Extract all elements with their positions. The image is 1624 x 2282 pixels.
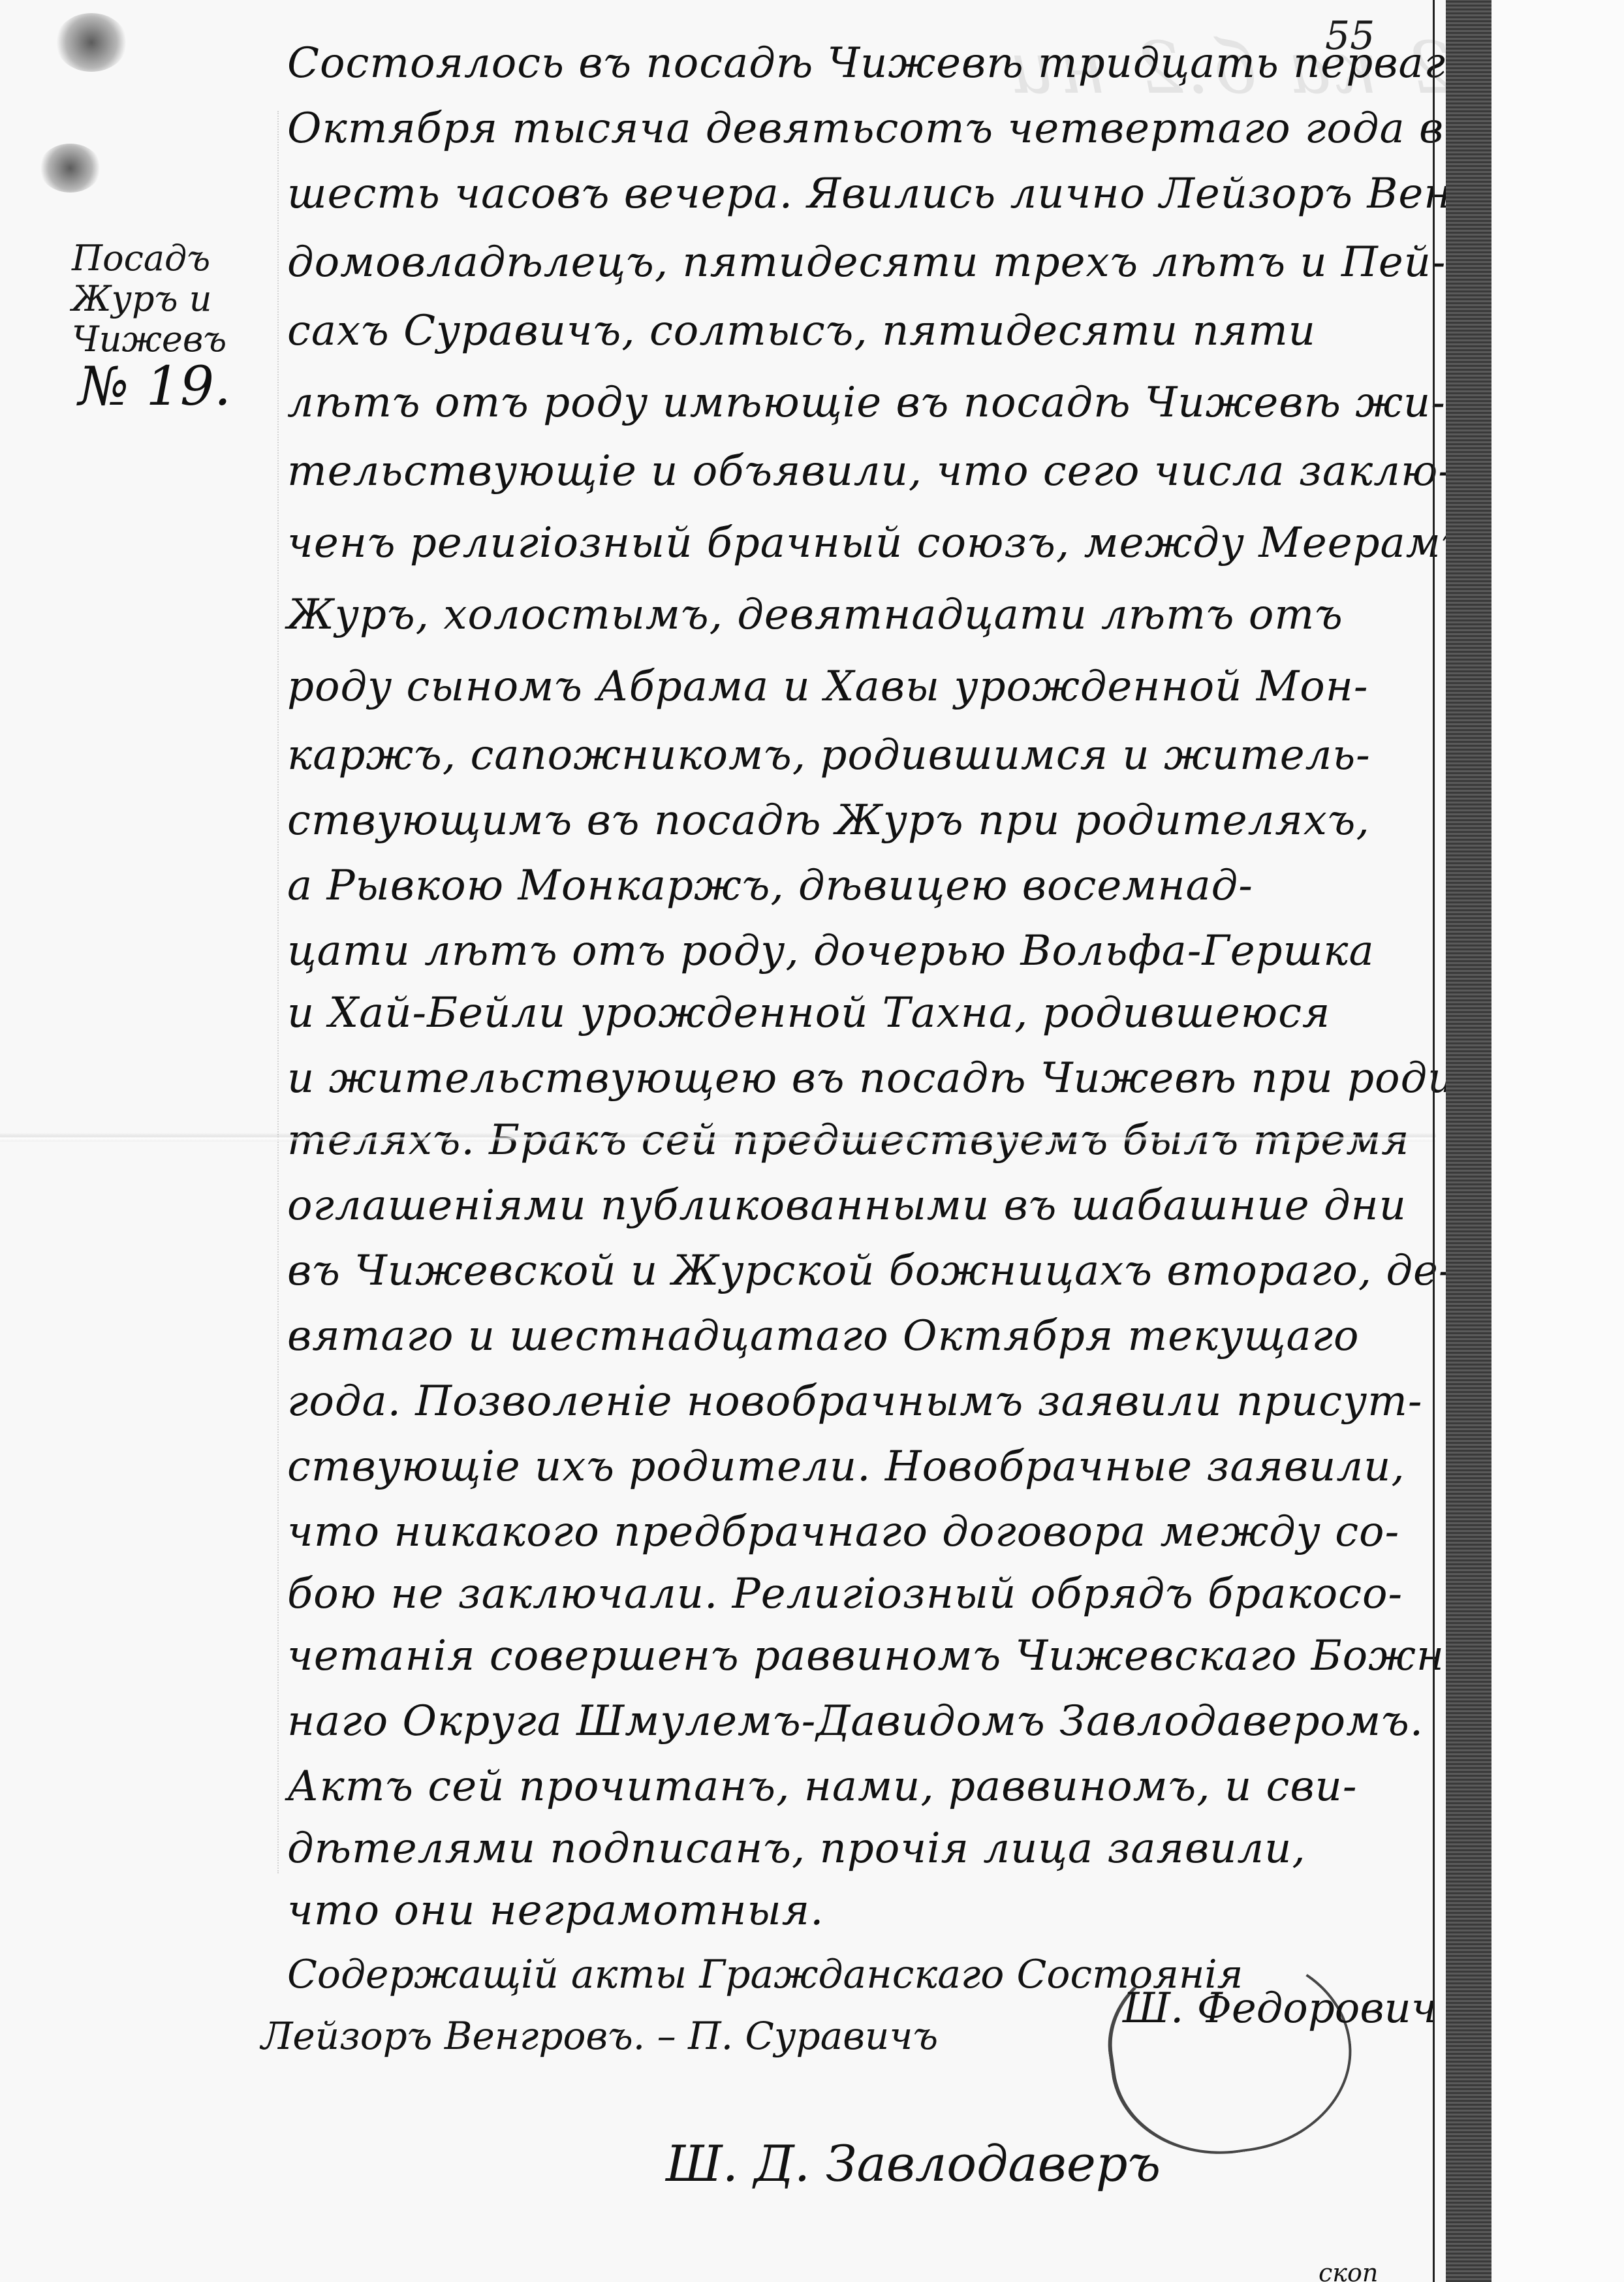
body-line: каржъ, сапожникомъ, родившимся и житель- (287, 731, 1371, 779)
margin-note-line: Чижевъ (72, 319, 268, 360)
body-line: что они неграмотныя. (287, 1886, 824, 1935)
body-line: ствующіе ихъ родители. Новобрачные заяви… (287, 1443, 1405, 1491)
corner-note: скоп (1319, 2259, 1378, 2282)
body-line: цати лѣтъ отъ роду, дочерью Вольфа-Гершк… (287, 927, 1375, 975)
body-line: роду сыномъ Абрама и Хавы урожденной Мон… (287, 663, 1369, 711)
body-line: ченъ религіозный брачный союзъ, между Ме… (287, 519, 1469, 567)
body-line: бою не заключали. Религіозный обрядъ бра… (287, 1570, 1403, 1618)
body-line: наго Округа Шмулемъ-Давидомъ Завлодаверо… (287, 1697, 1424, 1745)
body-line: ствующимъ въ посадѣ Журъ при родителяхъ, (287, 796, 1370, 845)
body-line: въ Чижевской и Журской божницахъ втораго… (287, 1247, 1454, 1295)
body-line: Актъ сей прочитанъ, нами, раввиномъ, и с… (287, 1762, 1357, 1811)
body-line: четанія совершенъ раввиномъ Чижевскаго Б… (287, 1632, 1514, 1680)
witness-signatures: Лейзоръ Венгровъ. – П. Суравичъ (261, 2014, 938, 2058)
ink-smudge-top (55, 13, 127, 72)
ink-smudge-middle (39, 144, 101, 193)
paper-fold (0, 1133, 1436, 1142)
margin-note-line: Посадъ (72, 238, 268, 279)
official-signature: Ш. Федорович (1123, 1984, 1437, 2033)
body-line: Журъ, холостымъ, девятнадцати лѣтъ отъ (287, 591, 1343, 639)
body-line: а Рывкою Монкаржъ, дѣвицею восемнад- (287, 862, 1253, 910)
body-line: Состоялось въ посадѣ Чижевѣ тридцать пер… (287, 39, 1471, 87)
body-line: года. Позволеніе новобрачнымъ заявили пр… (287, 1377, 1423, 1426)
body-line: Октября тысяча девятьсотъ четвертаго год… (287, 104, 1473, 153)
body-line: вятаго и шестнадцатаго Октября текущаго (287, 1312, 1360, 1360)
registrar-title: Содержащій акты Гражданскаго Состоянія (287, 1952, 1243, 1997)
scan-margin (1491, 0, 1624, 2282)
body-line: и Хай-Бейли урожденной Тахна, родившеюся (287, 989, 1330, 1037)
body-line: шесть часовъ вечера. Явились лично Лейзо… (287, 170, 1594, 218)
body-line: домовладѣлецъ, пятидесяти трехъ лѣтъ и П… (287, 238, 1446, 287)
margin-note: Посадъ Журъ и Чижевъ (72, 238, 268, 360)
binding-edge-line (1433, 0, 1435, 2282)
body-line: лѣтъ отъ роду имѣющіе въ посадѣ Чижевѣ ж… (287, 379, 1446, 427)
body-line: дѣтелями подписанъ, прочія лица заявили, (287, 1824, 1306, 1873)
body-line: и жительствующею въ посадѣ Чижевѣ при ро… (287, 1054, 1470, 1102)
body-line: тельствующіе и объявили, что сего числа … (287, 447, 1453, 495)
binding-shadow (1446, 0, 1491, 2282)
rabbi-signature: Ш. Д. Завлодаверъ (666, 2134, 1161, 2193)
margin-rule (277, 111, 279, 1873)
body-line: оглашеніями публикованными въ шабашние д… (287, 1181, 1407, 1230)
body-line: сахъ Суравичъ, солтысъ, пятидесяти пяти (287, 307, 1316, 355)
record-number: № 19. (78, 356, 231, 418)
margin-note-line: Журъ и (72, 279, 268, 319)
body-line: что никакого предбрачнаго договора между… (287, 1508, 1399, 1556)
